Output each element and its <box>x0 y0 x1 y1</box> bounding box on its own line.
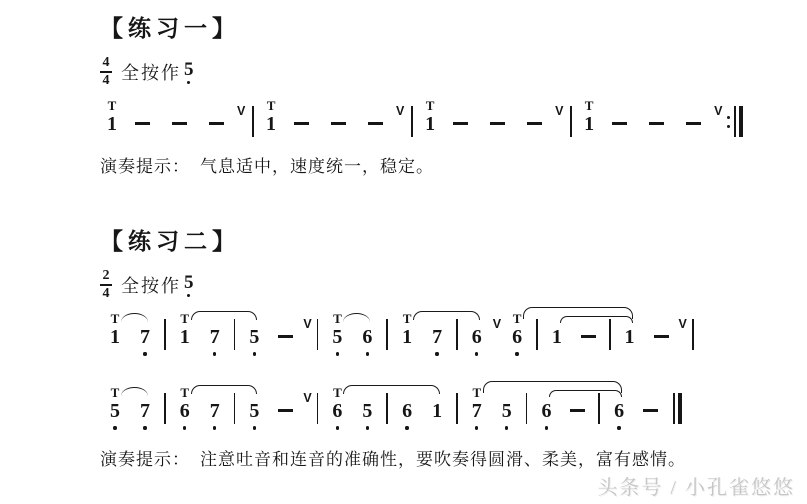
barline-mark <box>317 319 319 350</box>
low-octave-dot <box>187 81 190 84</box>
barline <box>456 381 458 433</box>
note-1: 1 <box>625 307 635 359</box>
tongue-mark: T <box>472 386 481 399</box>
low-octave-dot <box>505 426 508 429</box>
barline <box>570 94 572 146</box>
note-number: 1 <box>552 327 562 347</box>
duration-dash <box>654 307 669 359</box>
barline <box>536 307 538 359</box>
duration-dash-mark <box>654 335 669 338</box>
low-octave-dot <box>187 294 190 297</box>
barline-mark <box>386 319 388 350</box>
tongue-mark: T <box>180 386 189 399</box>
watermark: 头条号 / 小孔雀悠悠 <box>597 471 795 500</box>
note-number: 7 <box>432 327 442 347</box>
duration-dash <box>331 94 346 146</box>
duration-dash <box>490 94 505 146</box>
note-7-low: 7 <box>140 307 150 359</box>
slur <box>191 311 258 320</box>
exercise-2-notation-line-2: T57T675VT6561T7566 <box>100 381 807 435</box>
duration-dash-mark <box>294 122 309 125</box>
repeat-dots <box>727 116 730 128</box>
barline <box>234 381 236 433</box>
note-1: T1 <box>266 94 276 146</box>
note-7-low: 7 <box>210 307 220 359</box>
low-octave-dot <box>475 352 478 355</box>
barline <box>164 307 166 359</box>
low-octave-dot <box>336 426 339 429</box>
low-octave-dot <box>435 352 438 355</box>
barline-mark <box>411 106 413 137</box>
duration-dash-mark <box>581 335 596 338</box>
note-number: 6 <box>180 401 190 421</box>
duration-dash <box>649 94 664 146</box>
note-number: 6 <box>472 327 482 347</box>
tongue-mark: T <box>403 312 412 325</box>
barline-mark <box>252 106 254 137</box>
note-7-low: 7 <box>210 381 220 433</box>
exercise-1-signature-row: 4 4 全按作 5 <box>100 56 807 88</box>
breath-v-mark: V <box>303 318 311 331</box>
duration-dash <box>368 94 383 146</box>
barline <box>386 307 388 359</box>
note-5-low: 5 <box>362 381 372 433</box>
key-note-1: 5 <box>184 60 194 84</box>
tongue-mark: T <box>426 99 435 112</box>
time-signature-1: 4 4 <box>100 56 112 89</box>
note-5-low: 5 <box>249 307 259 359</box>
note-number: 6 <box>332 401 342 421</box>
duration-dash <box>581 307 596 359</box>
barline <box>164 381 166 433</box>
barline-mark <box>386 393 388 424</box>
time-signature-2: 2 4 <box>100 269 112 302</box>
note-7-low: 7 <box>140 381 150 433</box>
breath-mark: V <box>493 307 501 359</box>
note-5-low: 5 <box>502 381 512 433</box>
duration-dash-mark <box>490 122 505 125</box>
hint-text: 气息适中，速度统一，稳定。 <box>200 157 434 176</box>
hint-text: 注意吐音和连音的准确性，要吹奏得圆滑、柔美，富有感情。 <box>200 450 686 469</box>
duration-dash-mark <box>368 122 383 125</box>
breath-v-mark: V <box>396 105 404 118</box>
exercise-1-hint: 演奏提示：气息适中，速度统一，稳定。 <box>100 152 807 177</box>
note-1: T1 <box>425 94 435 146</box>
barline <box>386 381 388 433</box>
low-octave-dot <box>617 426 620 429</box>
duration-dash-mark <box>649 122 664 125</box>
time-signature-numerator: 4 <box>103 56 110 70</box>
time-signature-denominator: 4 <box>103 74 110 88</box>
exercise-2-signature-row: 2 4 全按作 5 <box>100 269 807 301</box>
note-number: 5 <box>502 401 512 421</box>
slur <box>560 316 633 323</box>
barline <box>692 307 694 359</box>
low-octave-dot <box>366 426 369 429</box>
time-signature-numerator: 2 <box>103 269 110 283</box>
note-number: 6 <box>541 401 551 421</box>
note-number: 1 <box>584 114 594 134</box>
note-number: 5 <box>110 401 120 421</box>
note-1: T1 <box>584 94 594 146</box>
duration-dash-mark <box>135 122 150 125</box>
note-number: 6 <box>512 327 522 347</box>
breath-v-mark: V <box>493 318 501 331</box>
duration-dash-mark <box>612 122 627 125</box>
duration-dash-mark <box>527 122 542 125</box>
barline-mark <box>164 319 166 350</box>
exercise-2-title: 【练习二】 <box>100 227 807 257</box>
breath-mark: V <box>396 94 404 146</box>
tongue-mark: T <box>333 386 342 399</box>
low-octave-dot <box>366 352 369 355</box>
slur <box>413 311 480 320</box>
barline <box>317 307 319 359</box>
note-6-low: 6 <box>614 381 624 433</box>
barline-mark <box>317 393 319 424</box>
barline-mark <box>609 319 611 350</box>
barline <box>456 307 458 359</box>
exercise-2-notation-line-1: T17T175VT56T176VT611V <box>100 307 807 361</box>
note-5-low: T5 <box>110 381 120 433</box>
note-number: 1 <box>110 327 120 347</box>
breath-v-mark: V <box>555 105 563 118</box>
note-1: T1 <box>107 94 117 146</box>
barline <box>317 381 319 433</box>
duration-dash <box>278 307 293 359</box>
note-number: 1 <box>425 114 435 134</box>
repeat-sign <box>727 106 743 137</box>
note-1: T1 <box>110 307 120 359</box>
breath-mark: V <box>679 307 687 359</box>
duration-dash <box>172 94 187 146</box>
note-number: 7 <box>210 401 220 421</box>
slur <box>191 385 258 394</box>
duration-dash <box>135 94 150 146</box>
barline <box>411 94 413 146</box>
duration-dash-mark <box>209 122 224 125</box>
low-octave-dot <box>253 352 256 355</box>
note-6-low: T6 <box>180 381 190 433</box>
barline-mark <box>234 319 236 350</box>
tongue-mark: T <box>111 386 120 399</box>
low-octave-dot <box>213 352 216 355</box>
barline <box>234 307 236 359</box>
final-barline <box>673 381 682 433</box>
barline-mark <box>570 106 572 137</box>
slur <box>549 390 622 397</box>
final-bar-sign <box>673 393 682 424</box>
hint-label: 演奏提示： <box>100 157 190 176</box>
duration-dash <box>209 94 224 146</box>
low-octave-dot <box>113 426 116 429</box>
hint-label: 演奏提示： <box>100 450 190 469</box>
note-number: 1 <box>432 401 442 421</box>
duration-dash <box>278 381 293 433</box>
note-6-low: 6 <box>472 307 482 359</box>
duration-dash-mark <box>331 122 346 125</box>
duration-dash-mark <box>686 122 701 125</box>
barline-mark <box>456 393 458 424</box>
duration-dash-mark <box>278 335 293 338</box>
duration-dash <box>294 94 309 146</box>
note-number: 6 <box>614 401 624 421</box>
low-octave-dot <box>515 352 518 355</box>
key-note-number: 5 <box>184 273 194 292</box>
low-octave-dot <box>183 426 186 429</box>
breath-v-mark: V <box>237 105 245 118</box>
key-instruction-1: 全按作 <box>121 59 181 85</box>
note-6-low: 6 <box>362 307 372 359</box>
low-octave-dot <box>143 426 146 429</box>
note-1: 1 <box>432 381 442 433</box>
note-number: 5 <box>362 401 372 421</box>
barline-mark <box>164 393 166 424</box>
duration-dash <box>686 94 701 146</box>
low-octave-dot <box>405 426 408 429</box>
tongue-mark: T <box>267 99 276 112</box>
key-note-number: 5 <box>184 60 194 79</box>
duration-dash <box>570 381 585 433</box>
note-number: 5 <box>249 401 259 421</box>
key-instruction-2: 全按作 <box>121 272 181 298</box>
duration-dash <box>643 381 658 433</box>
note-number: 5 <box>332 327 342 347</box>
time-signature-denominator: 4 <box>103 287 110 301</box>
note-number: 1 <box>625 327 635 347</box>
note-1: T1 <box>180 307 190 359</box>
sheet-content: 【练习一】 4 4 全按作 5 T1VT1VT1VT1V 演奏提示：气息适中，速… <box>0 0 807 470</box>
note-number: 7 <box>472 401 482 421</box>
note-number: 7 <box>140 327 150 347</box>
note-number: 5 <box>249 327 259 347</box>
barline <box>252 94 254 146</box>
note-number: 1 <box>107 114 117 134</box>
note-number: 7 <box>210 327 220 347</box>
duration-dash-mark <box>570 409 585 412</box>
breath-mark: V <box>555 94 563 146</box>
barline <box>598 381 600 433</box>
low-octave-dot <box>545 426 548 429</box>
note-7-low: T7 <box>472 381 482 433</box>
tongue-mark: T <box>513 312 522 325</box>
barline-mark <box>692 319 694 350</box>
note-1: 1 <box>552 307 562 359</box>
duration-dash-mark <box>172 122 187 125</box>
barline <box>609 307 611 359</box>
repeat-end-barline <box>727 94 743 146</box>
barline <box>526 381 528 433</box>
low-octave-dot <box>253 426 256 429</box>
low-octave-dot <box>143 352 146 355</box>
key-note-2: 5 <box>184 273 194 297</box>
breath-mark: V <box>714 94 722 146</box>
note-6-low: T6 <box>332 381 342 433</box>
breath-v-mark: V <box>303 392 311 405</box>
slur <box>343 385 440 394</box>
breath-mark: V <box>303 307 311 359</box>
barline-mark <box>526 393 528 424</box>
note-number: 1 <box>266 114 276 134</box>
breath-v-mark: V <box>714 105 722 118</box>
note-number: 6 <box>362 327 372 347</box>
low-octave-dot <box>213 426 216 429</box>
duration-dash <box>612 94 627 146</box>
tongue-mark: T <box>333 312 342 325</box>
tongue-mark: T <box>108 99 117 112</box>
breath-mark: V <box>237 94 245 146</box>
barline-mark <box>456 319 458 350</box>
breath-v-mark: V <box>679 318 687 331</box>
duration-dash <box>527 94 542 146</box>
note-number: 7 <box>140 401 150 421</box>
duration-dash-mark <box>453 122 468 125</box>
note-1: T1 <box>402 307 412 359</box>
note-6-low: T6 <box>512 307 522 359</box>
tongue-mark: T <box>180 312 189 325</box>
note-6-low: 6 <box>402 381 412 433</box>
breath-mark: V <box>303 381 311 433</box>
slur <box>523 307 632 319</box>
note-number: 1 <box>402 327 412 347</box>
barline-mark <box>536 319 538 350</box>
note-7-low: 7 <box>432 307 442 359</box>
exercise-2-section: 【练习二】 2 4 全按作 5 T17T175VT56T176VT611V T5… <box>100 227 807 470</box>
note-number: 1 <box>180 327 190 347</box>
note-5-low: T5 <box>332 307 342 359</box>
exercise-1-title: 【练习一】 <box>100 14 807 44</box>
exercise-1-notation-line: T1VT1VT1VT1V <box>100 94 807 148</box>
duration-dash-mark <box>278 409 293 412</box>
note-number: 6 <box>402 401 412 421</box>
tongue-mark: T <box>585 99 594 112</box>
duration-dash-mark <box>643 409 658 412</box>
barline-mark <box>234 393 236 424</box>
music-sheet-page: 【练习一】 4 4 全按作 5 T1VT1VT1VT1V 演奏提示：气息适中，速… <box>0 0 807 504</box>
low-octave-dot <box>336 352 339 355</box>
low-octave-dot <box>475 426 478 429</box>
note-5-low: 5 <box>249 381 259 433</box>
barline-mark <box>598 393 600 424</box>
note-6-low: 6 <box>541 381 551 433</box>
exercise-1-section: 【练习一】 4 4 全按作 5 T1VT1VT1VT1V 演奏提示：气息适中，速… <box>100 14 807 177</box>
duration-dash <box>453 94 468 146</box>
tongue-mark: T <box>111 312 120 325</box>
exercise-2-hint: 演奏提示：注意吐音和连音的准确性，要吹奏得圆滑、柔美，富有感情。 <box>100 445 807 470</box>
